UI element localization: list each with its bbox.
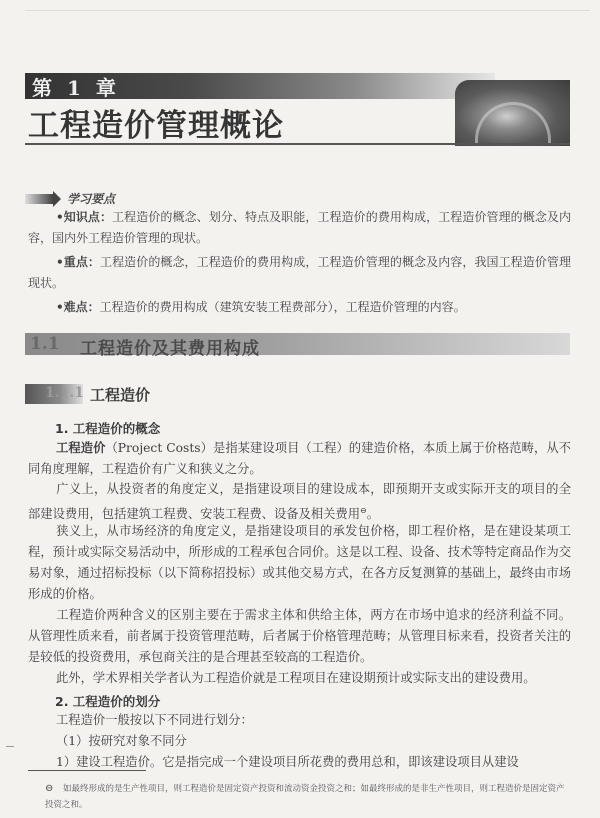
section-number: 1.1 bbox=[30, 334, 60, 354]
paragraph-academic: 此外，学术界相关学者认为工程造价就是工程项目在建设期预计或实际支出的建设费用。 bbox=[28, 668, 571, 689]
bridge-arch-icon bbox=[475, 102, 551, 145]
paragraph-broad: 广义上，从投资者的角度定义，是指建设项目的建设成本，即预期开支或实际开支的项目的… bbox=[28, 479, 571, 525]
footnote: ⊖如最终形成的是生产性项目，则工程造价是固定资产投资和流动资金投资之和；如最终形… bbox=[45, 781, 570, 813]
paragraph-division-intro: 工程造价一般按以下不同进行划分： bbox=[28, 710, 571, 731]
subsection-number: 1.1.1 bbox=[45, 385, 84, 401]
subsection-title: 工程造价 bbox=[90, 384, 150, 405]
chapter-label: 第 1 章 bbox=[32, 72, 120, 101]
chapter-title-rule bbox=[25, 143, 570, 145]
footnote-rule bbox=[28, 770, 146, 771]
paragraph-difference: 工程造价两种含义的区别主要在于需求主体和供给主体，两方在市场中追求的经济利益不同… bbox=[28, 605, 571, 668]
heading-concept: 1. 工程造价的概念 bbox=[55, 419, 160, 437]
footnote-symbol: ⊖ bbox=[45, 781, 63, 797]
footnote-marker[interactable]: ⊖ bbox=[360, 506, 367, 515]
arrow-right-icon bbox=[25, 194, 53, 204]
key-points-title: 学习要点 bbox=[67, 190, 115, 207]
paragraph-definition: 工程造价（Project Costs）是指某建设项目（工程）的建造价格，本质上属… bbox=[28, 437, 571, 480]
heading-division: 2. 工程造价的划分 bbox=[55, 692, 160, 710]
key-points-header: 学习要点 bbox=[25, 190, 115, 207]
margin-mark bbox=[6, 746, 14, 747]
key-point-difficulty: •难点：工程造价的费用构成（建筑安装工程费部分），工程造价管理的内容。 bbox=[28, 297, 571, 318]
key-point-knowledge: •知识点：工程造价的概念、划分、特点及职能，工程造价的费用构成，工程造价管理的概… bbox=[28, 207, 571, 249]
chapter-title: 工程造价管理概论 bbox=[28, 100, 284, 145]
chapter-image-bridge bbox=[455, 80, 570, 146]
section-title: 工程造价及其费用构成 bbox=[80, 334, 260, 359]
key-point-focus: •重点：工程造价的概念，工程造价的费用构成，工程造价管理的概念及内容，我国工程造… bbox=[28, 252, 571, 294]
footnote-text: 如最终形成的是生产性项目，则工程造价是固定资产投资和流动资金投资之和；如最终形成… bbox=[45, 784, 565, 810]
bleed-through-rule bbox=[25, 10, 590, 11]
paragraph-by-object: （1）按研究对象不同分 bbox=[28, 731, 571, 752]
paragraph-narrow: 狭义上，从市场经济的角度定义，是指建设项目的承发包价格，即工程价格，是在建设某项… bbox=[28, 521, 571, 605]
